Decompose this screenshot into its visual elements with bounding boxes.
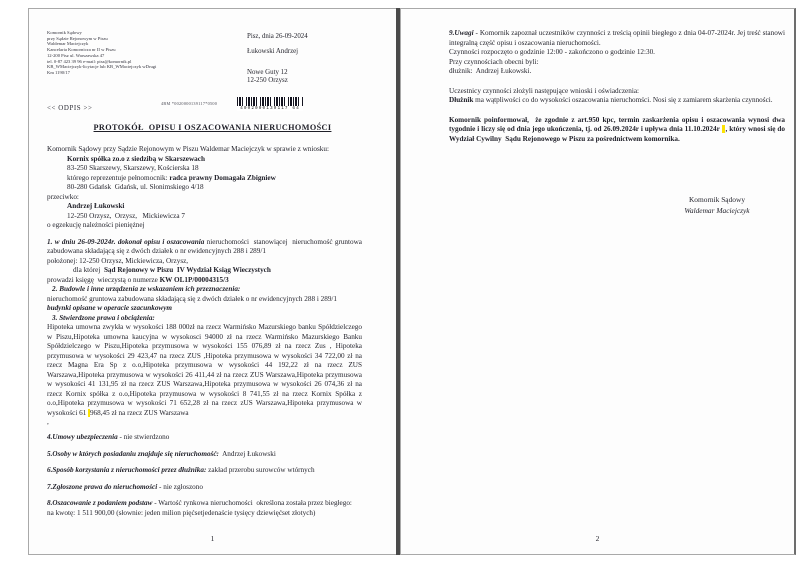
section-1-court: dla której Sąd Rejonowy w Piszu IV Wydzi…: [47, 266, 362, 276]
section-9-times: Czynności rozpoczęto o godzinie 12:00 - …: [449, 48, 785, 58]
text-segment: Dłużnik: [449, 96, 473, 104]
debtor-name: Andrzej Łukowski: [47, 202, 362, 212]
text-segment: 83-250 Skarszewy, Skarszewy, Kościerska …: [67, 164, 199, 172]
signature-name: Waldemar Maciejczyk: [656, 206, 778, 216]
section-3-body: Hipoteka umowna zwykła w wysokości 188 0…: [47, 323, 362, 418]
text-segment: Kornix spółka zo.o z siedzibą w Skarszew…: [67, 155, 205, 163]
text-segment: Komornik Sądowy przy Sądzie Rejonowym w …: [47, 145, 329, 153]
section-5: 5.Osoby w których posiadaniu znajduje si…: [47, 450, 362, 460]
signature-block: Komornik Sądowy Waldemar Maciejczyk: [656, 195, 778, 215]
addressee-name: Łukowski Andrzej: [247, 48, 308, 56]
text-segment: 7.Zgłoszone prawa do nieruchomości: [47, 483, 157, 491]
text-segment: ,: [47, 418, 49, 426]
creditor-representative: którego reprezentuje pełnomocnik: radca …: [47, 174, 362, 184]
text-segment: Andrzej Łukowski: [67, 202, 124, 210]
text-segment: przeciwko:: [47, 193, 79, 201]
debtor-address: 12-250 Orzysz, Orzysz, Mickiewicza 7: [47, 212, 362, 222]
page1-body: Komornik Sądowy przy Sądzie Rejonowym w …: [47, 145, 362, 518]
text-segment: dłużnik: Andrzej Łukowski.: [449, 67, 531, 75]
page2-body: 9.Uwagi - Komornik zapoznał uczestników …: [449, 29, 785, 144]
against-label: przeciwko:: [47, 193, 362, 203]
text-segment: nieruchomość gruntowa zabudowana składaj…: [47, 295, 337, 303]
claim-line: o egzekucję należności pieniężnej: [47, 221, 362, 231]
text-segment: Czynności rozpoczęto o godzinie 12:00 - …: [449, 48, 655, 56]
signature-role: Komornik Sądowy: [656, 195, 778, 205]
text-segment: którego reprezentuje pełnomocnik:: [67, 174, 169, 182]
text-segment: 6.Sposób korzystania z nieruchomości prz…: [47, 466, 206, 474]
letterhead: Komornik Sądowy przy Sądzie Rejonowym w …: [47, 30, 177, 76]
section-1: 1. w dniu 26-09-2024r. dokonał opisu i o…: [47, 238, 362, 257]
section-4: 4.Umowy ubezpieczenia - nie stwierdzono: [47, 433, 362, 443]
text-segment: - Komornik zapoznał uczestników czynnośc…: [449, 29, 787, 47]
text-segment: Uczestnicy czynności złożyli następujące…: [449, 87, 639, 95]
creditor-name: Kornix spółka zo.o z siedzibą w Skarszew…: [47, 155, 362, 165]
appeal-information: Komornik poinformował, że zgodnie z art.…: [449, 116, 785, 145]
text-segment: 9.Uwagi: [449, 29, 474, 37]
barcode-digits: 4002000139117 64: [237, 106, 303, 111]
text-segment: Hipoteka umowna zwykła w wysokości 188 0…: [47, 323, 364, 417]
text-segment: zakład przerobu surowców wtórnych: [206, 466, 314, 474]
text-segment: 968,45 zł na rzecz ZUS Warszawa: [90, 409, 189, 417]
text-segment: 1. w dniu 26-09-2024r. dokonał opisu i o…: [47, 238, 207, 246]
page-number-2: 2: [401, 534, 794, 543]
text-segment: - nie zgłoszono: [157, 483, 203, 491]
document-date: Pisz, dnia 26-09-2024: [247, 33, 308, 41]
text-segment: o egzekucję należności pieniężnej: [47, 221, 145, 229]
letterhead-line: Km 1190/17: [47, 70, 177, 76]
section-1-location: położonej: 12-250 Orzysz, Mickiewicza, O…: [47, 257, 362, 267]
section-9-debtor: dłużnik: Andrzej Łukowski.: [449, 67, 785, 77]
text-segment: położonej: 12-250 Orzysz, Mickiewicza, O…: [47, 257, 188, 265]
statements-intro: Uczestnicy czynności złożyli następujące…: [449, 87, 785, 97]
section-2-note: budynki opisane w operacie szacunkowym: [47, 304, 362, 314]
section-9: 9.Uwagi - Komornik zapoznał uczestników …: [449, 29, 785, 48]
header-right-block: Pisz, dnia 26-09-2024 Łukowski Andrzej N…: [247, 33, 308, 85]
section-2-body: nieruchomość gruntowa zabudowana składaj…: [47, 295, 362, 305]
addressee-street: Nowe Guty 12: [247, 69, 308, 77]
text-segment: dla której: [73, 266, 104, 274]
text-segment: ma wątpliwości co do wysokości oszacowan…: [473, 96, 772, 104]
document-page-1: Komornik Sądowy przy Sądzie Rejonowym w …: [28, 8, 397, 555]
text-segment: prowadzi księgę wieczystą o numerze: [47, 276, 160, 284]
section-9-present: Przy czynnościach obecni byli:: [449, 58, 785, 68]
barcode-block: 4002000139117 64: [237, 97, 303, 111]
section-3-heading: 3. Stwierdzone prawa i obciążenia:: [47, 314, 362, 324]
text-segment: 12-250 Orzysz, Orzysz, Mickiewicza 7: [67, 212, 185, 220]
text-segment: 8.Oszacowanie z podaniem podstaw: [47, 499, 152, 507]
text-segment: KW OL1P/00004315/3: [160, 276, 229, 284]
text-segment: Andrzej Łukowski: [219, 450, 276, 458]
text-segment: 4.Umowy ubezpieczenia: [47, 433, 118, 441]
odpis-stamp: << ODPIS >>: [47, 105, 93, 112]
document-code: 4BM *0020000139117*0500: [161, 101, 217, 106]
section-6: 6.Sposób korzystania z nieruchomości prz…: [47, 466, 362, 476]
text-segment: 3. Stwierdzone prawa i obciążenia:: [52, 314, 155, 322]
text-segment: budynki opisane w operacie szacunkowym: [47, 304, 172, 312]
text-segment: radca prawny Domagała Zbigniew: [169, 174, 275, 182]
text-segment: - nie stwierdzono: [118, 433, 170, 441]
text-segment: Przy czynnościach obecni byli:: [449, 58, 539, 66]
stray-mark: ,: [47, 418, 362, 426]
text-segment: 5.Osoby w których posiadaniu znajduje si…: [47, 450, 219, 458]
copy-stamp-row: << ODPIS >> 4BM *0020000139117*0500 4002…: [47, 97, 365, 119]
section-7: 7.Zgłoszone prawa do nieruchomości - nie…: [47, 483, 362, 493]
section-2-heading: 2. Budowle i inne urządzenia ze wskazani…: [47, 285, 362, 295]
paragraph-intro: Komornik Sądowy przy Sądzie Rejonowym w …: [47, 145, 362, 155]
representative-address: 80-280 Gdańsk Gdańsk, ul. Słonimskiego 4…: [47, 183, 362, 193]
page-number-1: 1: [29, 534, 396, 543]
text-segment: 80-280 Gdańsk Gdańsk, ul. Słonimskiego 4…: [67, 183, 204, 191]
creditor-address: 83-250 Skarszewy, Skarszewy, Kościerska …: [47, 164, 362, 174]
document-page-2: 9.Uwagi - Komornik zapoznał uczestników …: [400, 8, 796, 555]
addressee-city: 12-250 Orzysz: [247, 77, 308, 85]
section-8: 8.Oszacowanie z podaniem podstaw - Warto…: [47, 499, 362, 518]
section-1-register: prowadzi księgę wieczystą o numerze KW O…: [47, 276, 362, 286]
debtor-statement: Dłużnik ma wątpliwości co do wysokości o…: [449, 96, 785, 106]
document-title: PROTOKÓŁ OPISU I OSZACOWANIA NIERUCHOMOŚ…: [29, 123, 396, 132]
text-segment: Sąd Rejonowy w Piszu IV Wydział Ksiąg Wi…: [104, 266, 271, 274]
text-segment: 2. Budowle i inne urządzenia ze wskazani…: [52, 285, 240, 293]
